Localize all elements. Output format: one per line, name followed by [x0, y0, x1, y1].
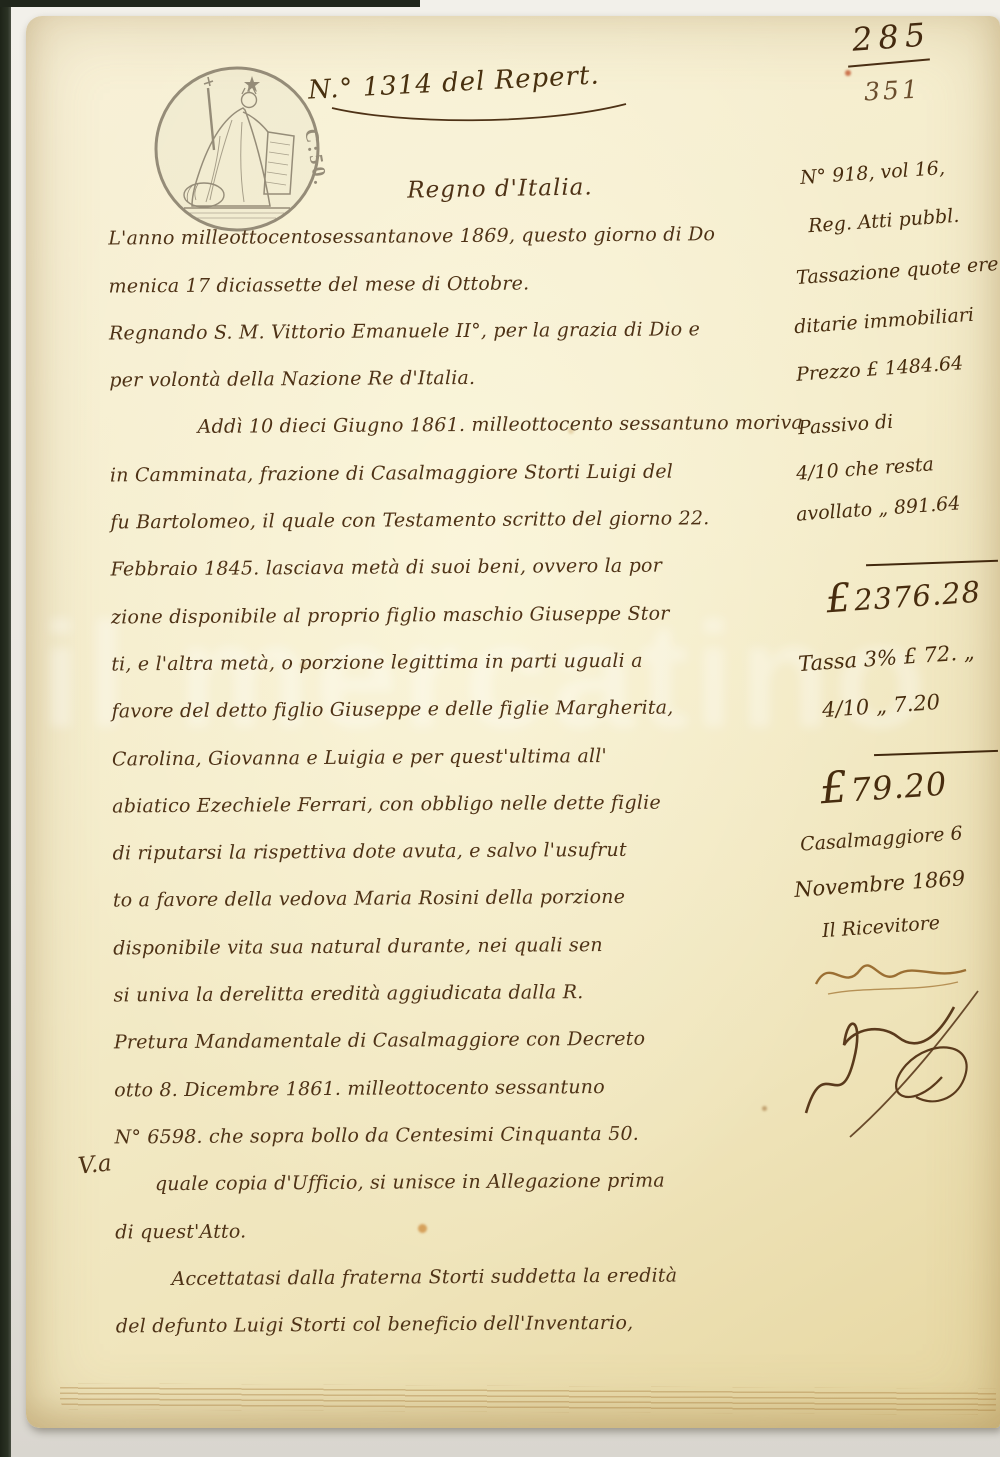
body-line: Pretura Mandamentale di Casalmaggiore co… [114, 1002, 814, 1054]
body-line: L'anno milleottocentosessantanove 1869, … [108, 198, 808, 250]
lira-sign: £ [825, 576, 854, 623]
body-line: abiatico Ezechiele Ferrari, con obbligo … [112, 765, 812, 817]
body-line: fu Bartolomeo, il quale con Testamento s… [110, 481, 810, 533]
body-line: in Camminata, frazione di Casalmaggiore … [110, 434, 810, 486]
body-text: L'anno milleottocentosessantanove 1869, … [108, 198, 816, 1338]
body-line: ti, e l'altra metà, o porzione legittima… [111, 623, 811, 675]
body-line: Regnando S. M. Vittorio Emanuele II°, pe… [109, 292, 809, 344]
manuscript-scan: il mercatino 285 351 N.° 1314 del Repert… [0, 0, 1000, 1457]
body-line: menica 17 diciassette del mese di Ottobr… [108, 245, 808, 297]
lira-sign: £ [818, 763, 850, 815]
body-line: del defunto Luigi Storti col beneficio d… [116, 1285, 816, 1337]
body-line: di riputarsi la rispettiva dote avuta, e… [112, 812, 812, 864]
total-amount: 79.20 [849, 765, 948, 810]
margin-total: £79.20 [818, 756, 948, 815]
body-line: zione disponibile al proprio figlio masc… [111, 576, 811, 628]
body-line: to a favore della vedova Maria Rosini de… [113, 860, 813, 912]
body-line: per volontà della Nazione Re d'Italia. [109, 339, 809, 391]
notary-paraph-signature [792, 985, 997, 1150]
body-line: otto 8. Dicembre 1861. milleottocento se… [114, 1049, 814, 1101]
archive-number-secondary: 351 [863, 75, 921, 107]
archive-number-primary: 285 [851, 15, 933, 58]
body-line: di quest'Atto. [115, 1191, 815, 1243]
body-line: favore del detto figlio Giuseppe e delle… [111, 671, 811, 723]
body-line: N° 6598. che sopra bollo da Centesimi Ci… [114, 1096, 814, 1148]
repertory-underline-flourish [330, 100, 630, 126]
scan-edge-top [0, 0, 420, 7]
body-line: disponibile vita sua natural durante, ne… [113, 907, 813, 959]
body-line: Febbraio 1845. lasciava metà di suoi ben… [110, 529, 810, 581]
body-line: si univa la derelitta eredità aggiudicat… [113, 954, 813, 1006]
scan-edge-left [0, 0, 11, 1457]
body-line: quale copia d'Ufficio, si unisce in Alle… [115, 1143, 815, 1195]
body-line: Carolina, Giovanna e Luigia e per quest'… [112, 718, 812, 770]
body-line: Addì 10 dieci Giugno 1861. milleottocent… [109, 387, 809, 439]
body-line: Accettatasi dalla fraterna Storti suddet… [115, 1238, 815, 1290]
margin-vidimation-mark: V.a [77, 1150, 113, 1179]
foxing-spot [845, 70, 851, 76]
subtotal-amount: 2376.28 [853, 575, 982, 618]
